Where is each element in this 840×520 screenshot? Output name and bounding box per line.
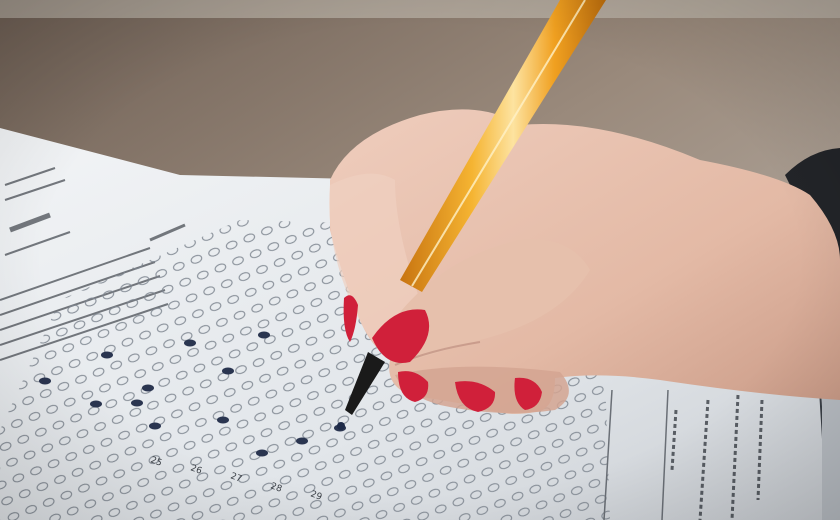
photo-scene: 25 26 27 28 29 [0,0,840,520]
vignette [0,0,840,520]
photo-canvas: 25 26 27 28 29 [0,0,840,520]
